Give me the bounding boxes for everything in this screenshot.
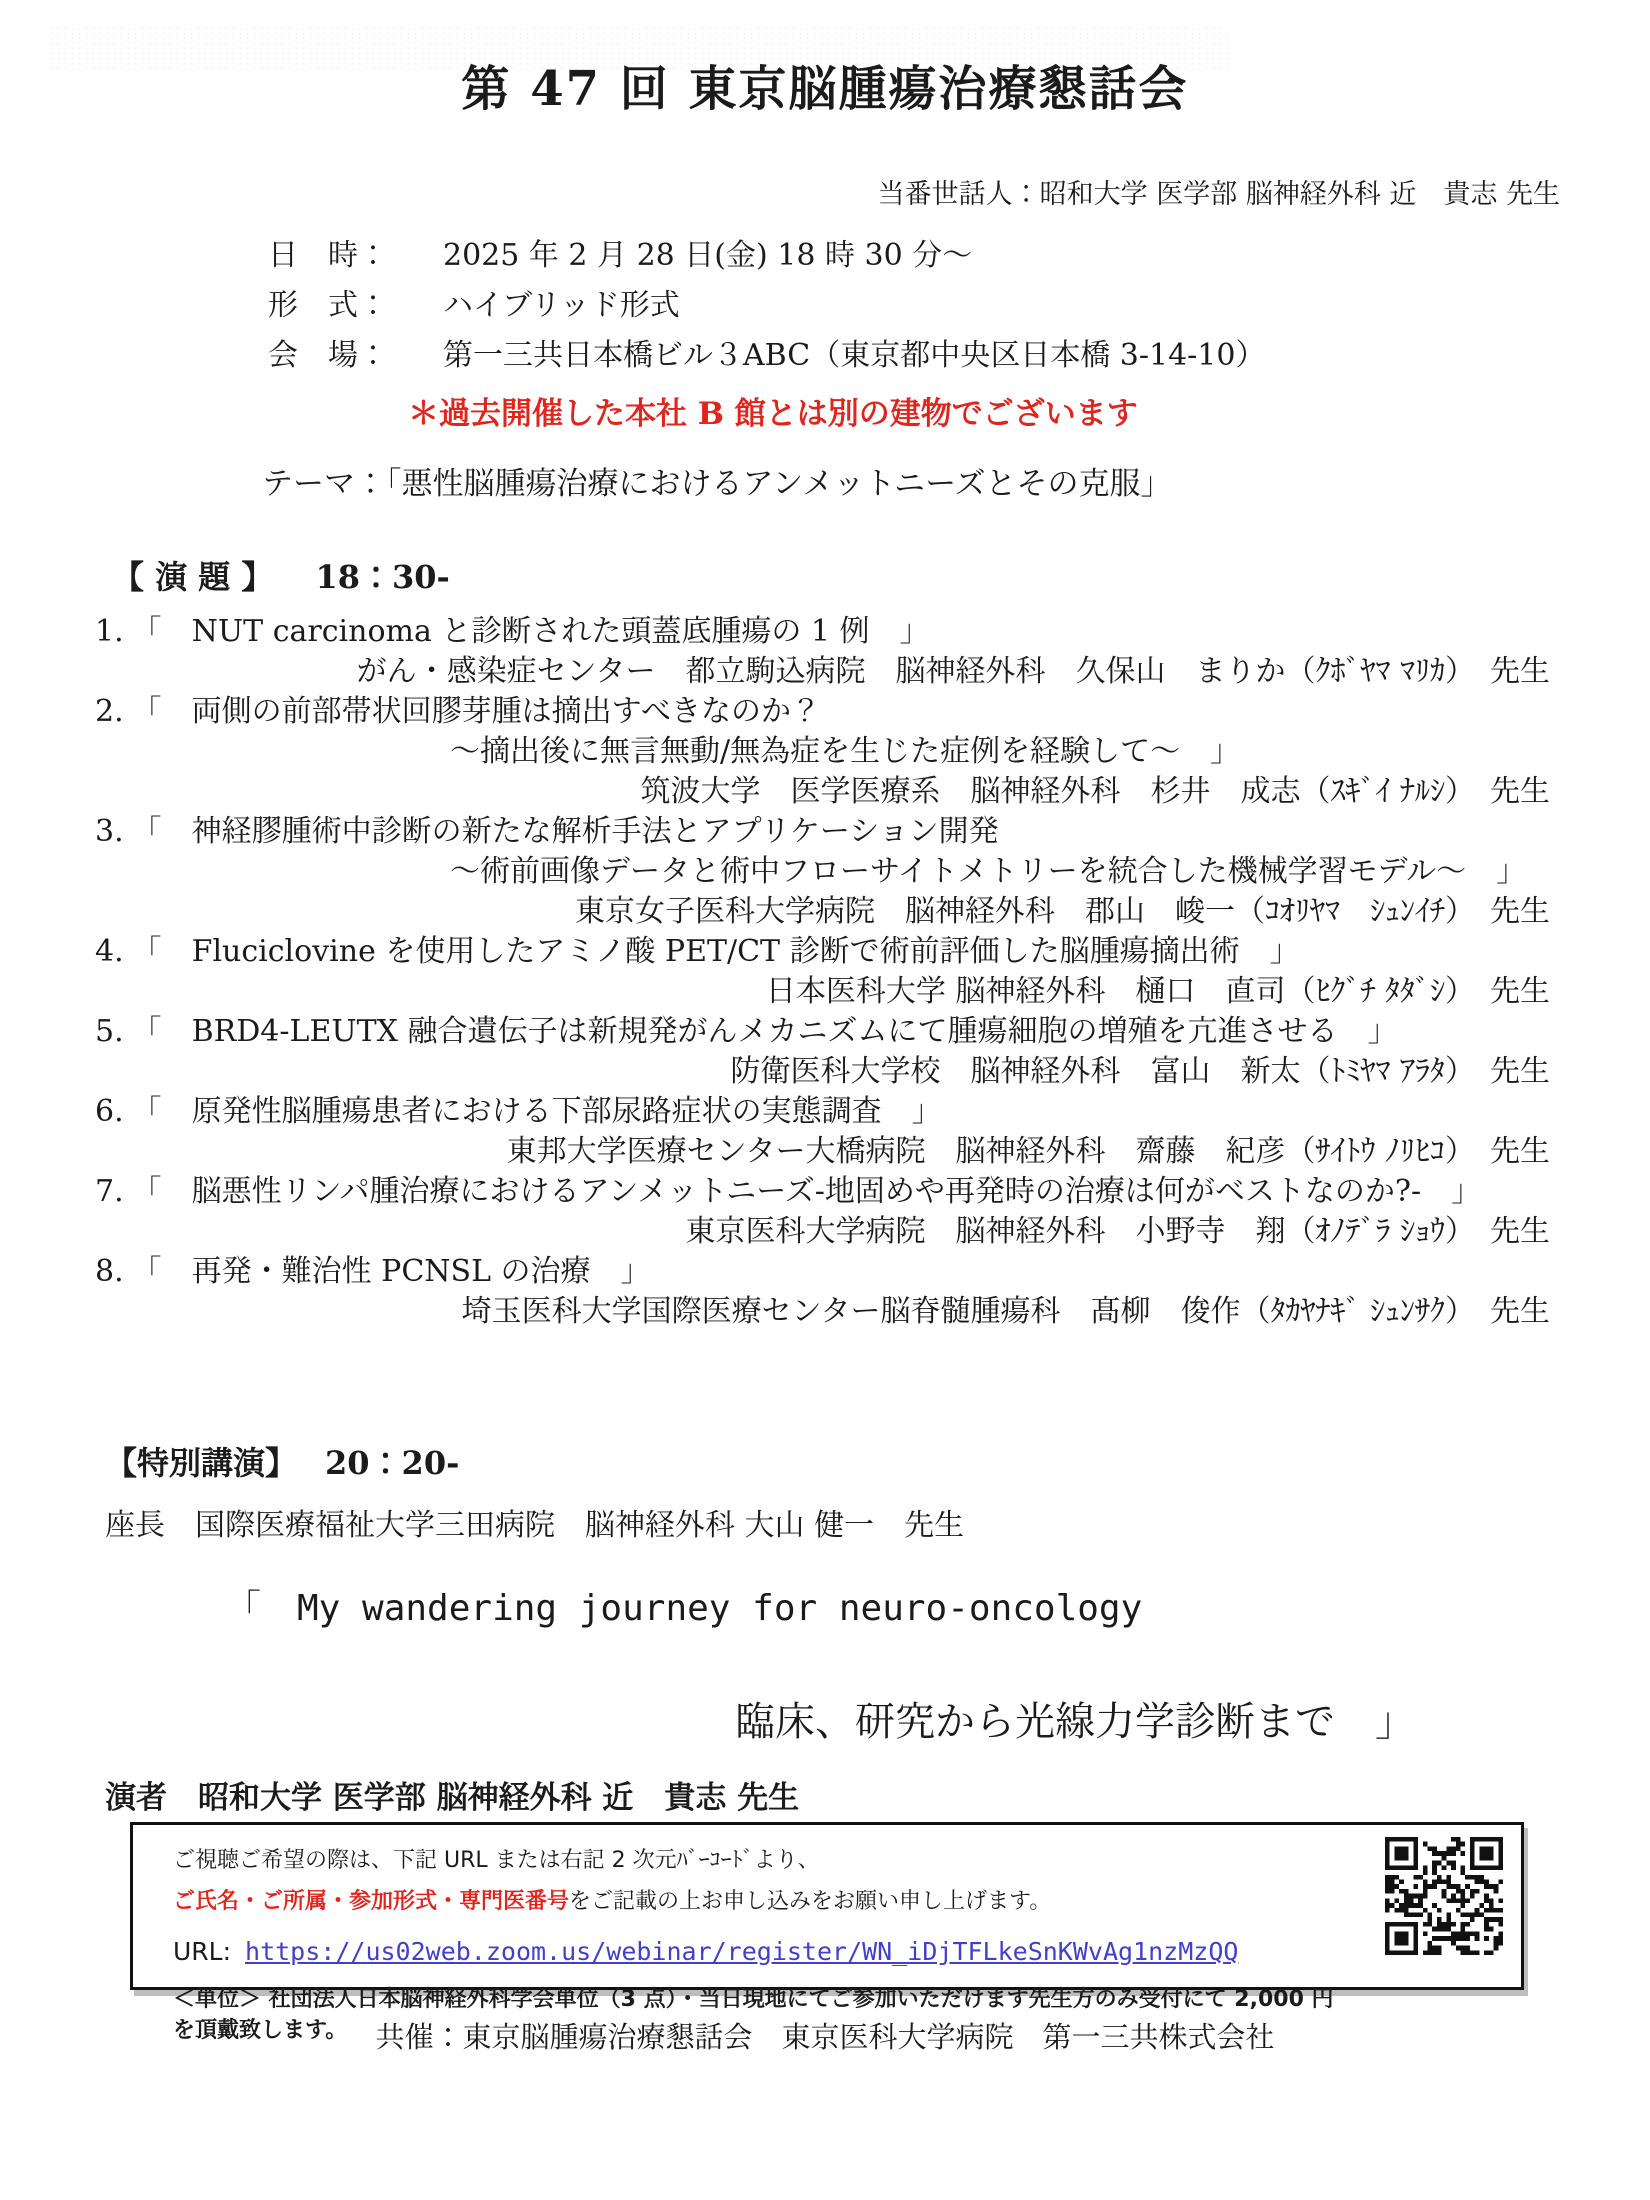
item-subtitle: ～術前画像データと術中フローサイトメトリーを統合した機械学習モデル～ 」 <box>450 852 1550 892</box>
item-title: 「 再発・難治性 PCNSL の治療 」 <box>132 1254 651 1289</box>
lecture-title-line1: 「 My wandering journey for neuro-oncolog… <box>225 1580 1142 1631</box>
program-list: 1.「 NUT carcinoma と診断された頭蓋底腫瘍の 1 例 」 がん・… <box>95 612 1550 1332</box>
event-title: 第 47 回 東京脳腫瘍治療懇話会 <box>0 50 1650 119</box>
registration-url-link[interactable]: https://us02web.zoom.us/webinar/register… <box>245 1937 1238 1966</box>
item-number: 5. <box>95 1014 124 1049</box>
special-lecture-label: 【特別講演】 <box>105 1444 297 1482</box>
registration-instruction-rest: をご記載の上お申し込みをお願い申し上げます。 <box>569 1889 1051 1914</box>
info-row-venue: 会 場： 第一三共日本橋ビル３ABC（東京都中央区日本橋 3-14-10） <box>268 330 1265 380</box>
program-item: 4.「 Fluciclovine を使用したアミノ酸 PET/CT 診断で術前評… <box>95 932 1550 1012</box>
item-number: 4. <box>95 934 124 969</box>
item-number: 3. <box>95 814 124 849</box>
cohost-footer: 共催：東京脳腫瘍治療懇話会 東京医科大学病院 第一三共株式会社 <box>0 2015 1650 2056</box>
registration-box-content: ご視聴ご希望の際は、下記 URL または右記 2 次元ﾊﾞｰｺｰﾄﾞより、 ご氏… <box>133 1825 1521 2044</box>
document-page: 第 47 回 東京脳腫瘍治療懇話会 当番世話人：昭和大学 医学部 脳神経外科 近… <box>0 0 1650 2200</box>
info-row-format: 形 式： ハイブリッド形式 <box>268 280 1265 330</box>
date-label: 日 時： <box>268 230 443 280</box>
item-presenter: 東邦大学医療センター大橋病院 脳神経外科 齋藤 紀彦（ｻｲﾄｳ ﾉﾘﾋｺ） 先生 <box>95 1132 1550 1172</box>
item-presenter: 防衛医科大学校 脳神経外科 富山 新太（ﾄﾐﾔﾏ ｱﾗﾀ） 先生 <box>95 1052 1550 1092</box>
item-title: 「 原発性脳腫瘍患者における下部尿路症状の実態調査 」 <box>132 1094 942 1129</box>
registration-instruction-line2: ご氏名・ご所属・参加形式・専門医番号をご記載の上お申し込みをお願い申し上げます。 <box>173 1884 1351 1915</box>
item-subtitle: ～摘出後に無言無動/無為症を生じた症例を経験して～ 」 <box>450 732 1550 772</box>
event-info: 日 時： 2025 年 2 月 28 日(金) 18 時 30 分～ 形 式： … <box>268 230 1265 380</box>
date-value: 2025 年 2 月 28 日(金) 18 時 30 分～ <box>443 230 972 280</box>
item-number: 7. <box>95 1174 124 1209</box>
program-item: 5.「 BRD4-LEUTX 融合遺伝子は新規発がんメカニズムにて腫瘍細胞の増殖… <box>95 1012 1550 1092</box>
format-label: 形 式： <box>268 280 443 330</box>
item-number: 2. <box>95 694 124 729</box>
item-number: 8. <box>95 1254 124 1289</box>
item-title: 「 Fluciclovine を使用したアミノ酸 PET/CT 診断で術前評価し… <box>132 934 1300 969</box>
special-lecture-time: 20：20- <box>325 1444 459 1482</box>
format-value: ハイブリッド形式 <box>443 280 680 330</box>
program-item: 3.「 神経膠腫術中診断の新たな解析手法とアプリケーション開発 ～術前画像データ… <box>95 812 1550 932</box>
chair-line: 座長 国際医療福祉大学三田病院 脳神経外科 大山 健一 先生 <box>105 1500 964 1544</box>
lecture-title-line2: 臨床、研究から光線力学診断まで 」 <box>735 1690 1415 1747</box>
item-title: 「 神経膠腫術中診断の新たな解析手法とアプリケーション開発 <box>132 814 999 849</box>
program-header-label: 【 演 題 】 <box>112 558 273 596</box>
special-lecture-header: 【特別講演】20：20- <box>105 1438 459 1484</box>
program-item: 6.「 原発性脳腫瘍患者における下部尿路症状の実態調査 」 東邦大学医療センター… <box>95 1092 1550 1172</box>
item-presenter: 筑波大学 医学医療系 脳神経外科 杉井 成志（ｽｷﾞｲ ﾅﾙｼ） 先生 <box>95 772 1550 812</box>
venue-warning: ＊過去開催した本社 B 館とは別の建物でございます <box>408 388 1138 433</box>
info-row-date: 日 時： 2025 年 2 月 28 日(金) 18 時 30 分～ <box>268 230 1265 280</box>
program-item: 2.「 両側の前部帯状回膠芽腫は摘出すべきなのか？ ～摘出後に無言無動/無為症を… <box>95 692 1550 812</box>
registration-required-fields: ご氏名・ご所属・参加形式・専門医番号 <box>173 1889 569 1914</box>
item-number: 1. <box>95 614 124 649</box>
item-presenter: 東京医科大学病院 脳神経外科 小野寺 翔（ｵﾉﾃﾞﾗ ｼｮｳ） 先生 <box>95 1212 1550 1252</box>
registration-instruction-line1: ご視聴ご希望の際は、下記 URL または右記 2 次元ﾊﾞｰｺｰﾄﾞより、 <box>173 1843 1351 1874</box>
qr-code <box>1385 1837 1503 1955</box>
item-title: 「 BRD4-LEUTX 融合遺伝子は新規発がんメカニズムにて腫瘍細胞の増殖を亢… <box>132 1014 1398 1049</box>
url-label: URL: <box>173 1937 231 1966</box>
organizer-line: 当番世話人：昭和大学 医学部 脳神経外科 近 貴志 先生 <box>878 172 1560 211</box>
item-number: 6. <box>95 1094 124 1129</box>
program-item: 8.「 再発・難治性 PCNSL の治療 」 埼玉医科大学国際医療センター脳脊髄… <box>95 1252 1550 1332</box>
registration-url-row: URL:https://us02web.zoom.us/webinar/regi… <box>173 1937 1351 1966</box>
item-title: 「 両側の前部帯状回膠芽腫は摘出すべきなのか？ <box>132 694 821 729</box>
theme-line: テーマ：「悪性脳腫瘍治療におけるアンメットニーズとその克服」 <box>262 458 1172 503</box>
item-presenter: 日本医科大学 脳神経外科 樋口 直司（ﾋｸﾞﾁ ﾀﾀﾞｼ） 先生 <box>95 972 1550 1012</box>
program-header: 【 演 題 】18：30- <box>112 552 450 598</box>
item-presenter: 東京女子医科大学病院 脳神経外科 郡山 峻一（ｺｵﾘﾔﾏ ｼｭﾝｲﾁ） 先生 <box>95 892 1550 932</box>
item-title: 「 NUT carcinoma と診断された頭蓋底腫瘍の 1 例 」 <box>132 614 930 649</box>
venue-value: 第一三共日本橋ビル３ABC（東京都中央区日本橋 3-14-10） <box>443 330 1265 380</box>
item-presenter: がん・感染症センター 都立駒込病院 脳神経外科 久保山 まりか（ｸﾎﾞﾔﾏ ﾏﾘ… <box>95 652 1550 692</box>
item-title: 「 脳悪性リンパ腫治療におけるアンメットニーズ-地固めや再発時の治療は何がベスト… <box>132 1174 1481 1209</box>
venue-label: 会 場： <box>268 330 443 380</box>
program-item: 7.「 脳悪性リンパ腫治療におけるアンメットニーズ-地固めや再発時の治療は何がベ… <box>95 1172 1550 1252</box>
program-start-time: 18：30- <box>315 558 449 596</box>
program-item: 1.「 NUT carcinoma と診断された頭蓋底腫瘍の 1 例 」 がん・… <box>95 612 1550 692</box>
registration-box: ご視聴ご希望の際は、下記 URL または右記 2 次元ﾊﾞｰｺｰﾄﾞより、 ご氏… <box>130 1822 1524 1990</box>
item-presenter: 埼玉医科大学国際医療センター脳脊髄腫瘍科 髙柳 俊作（ﾀｶﾔﾅｷﾞ ｼｭﾝｻｸ）… <box>95 1292 1550 1332</box>
speaker-line: 演者 昭和大学 医学部 脳神経外科 近 貴志 先生 <box>105 1772 799 1817</box>
